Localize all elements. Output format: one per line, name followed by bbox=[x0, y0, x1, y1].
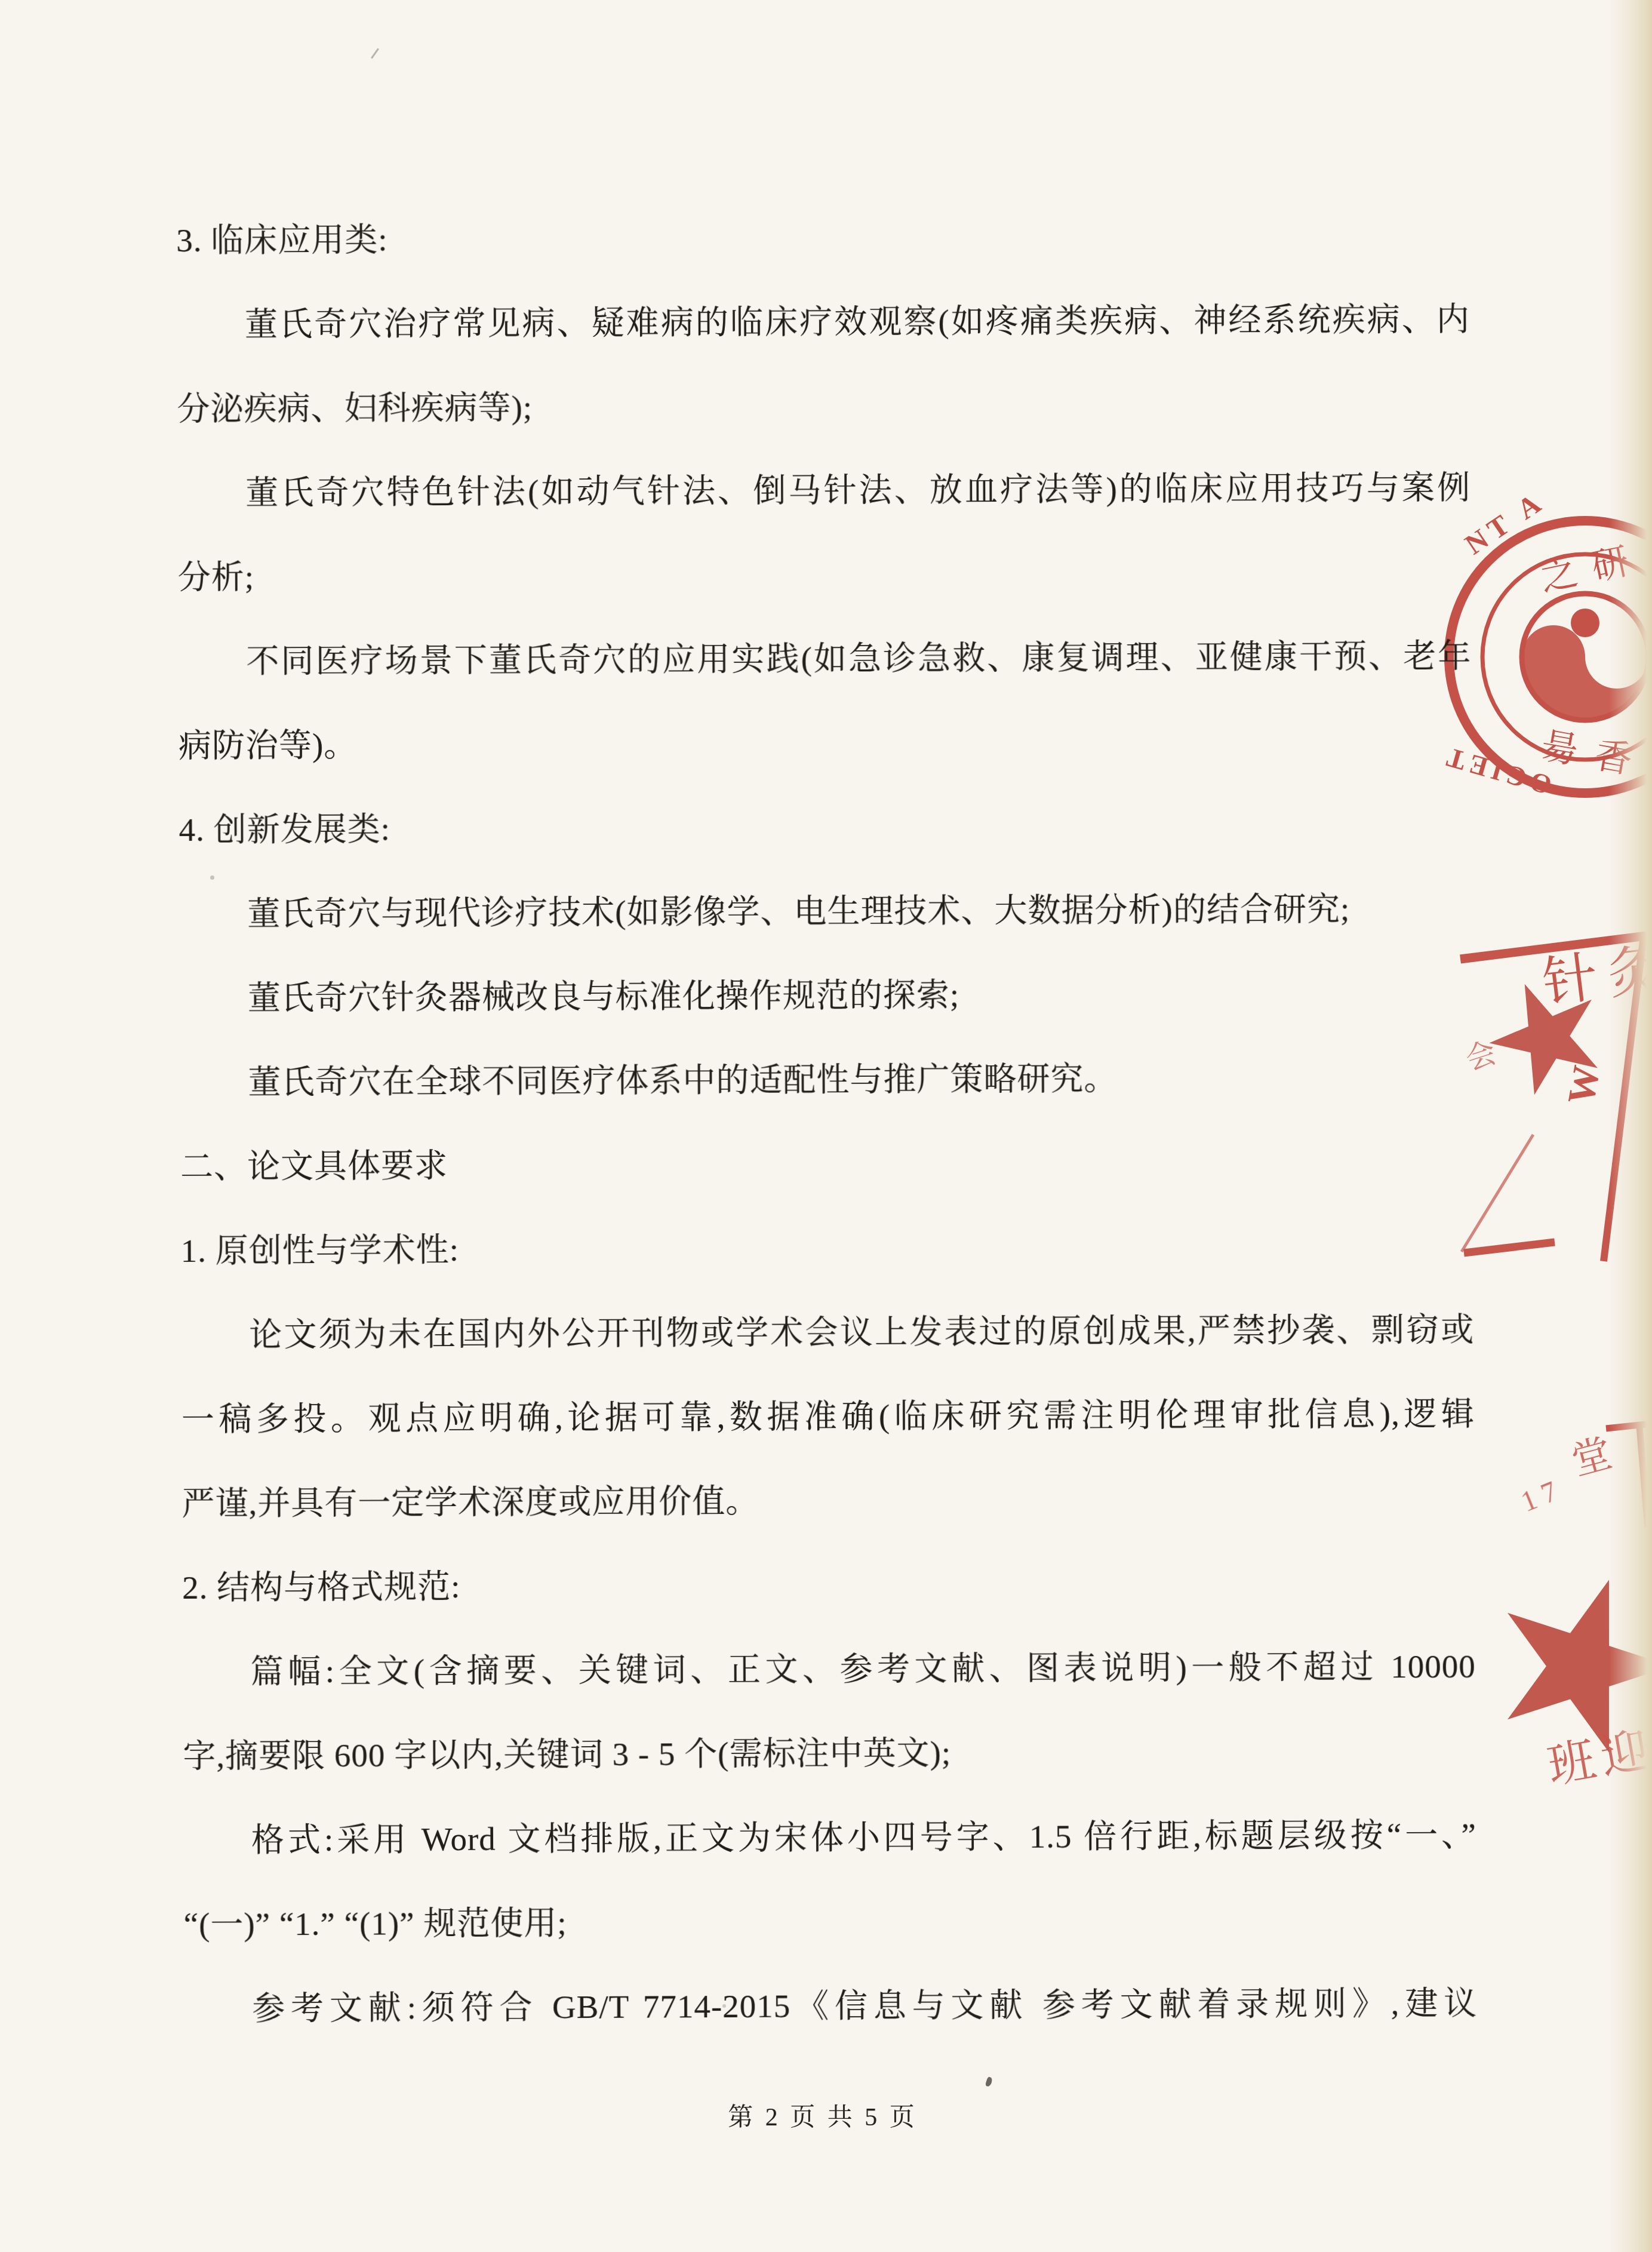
band-stamp-marks: W bbox=[1559, 1062, 1608, 1107]
scanned-document-page: NT A OCIET 之研 昜香 针灸 W 会 堂 1 7 班迎 bbox=[0, 0, 1652, 2252]
doc-line: 篇幅:全文(含摘要、关键词、正文、参考文献、图表说明)一般不超过 10000 bbox=[182, 1624, 1476, 1714]
doc-line: 董氏奇穴针灸器械改良与标准化操作规范的探索; bbox=[180, 951, 1473, 1040]
doc-line: 分析; bbox=[177, 530, 1471, 619]
doc-line: 董氏奇穴治疗常见病、疑难病的临床疗效观察(如疼痛类疾病、神经系统疾病、内 bbox=[177, 277, 1471, 367]
doc-line-heading: 2. 结构与格式规范: bbox=[182, 1540, 1476, 1630]
doc-line: 病防治等)。 bbox=[179, 698, 1472, 788]
scan-speck bbox=[371, 48, 379, 59]
page-edge-shadow bbox=[1609, 0, 1652, 2252]
star-stamp-marks: 1 7 bbox=[1516, 1476, 1561, 1519]
doc-line-heading: 1. 原创性与学术性: bbox=[180, 1203, 1474, 1293]
doc-line: 一稿多投。观点应明确,论据可靠,数据准确(临床研究需注明伦理审批信息),逻辑 bbox=[181, 1372, 1475, 1461]
doc-line: 分泌疾病、妇科疾病等); bbox=[177, 361, 1471, 451]
scan-speck bbox=[985, 2076, 993, 2087]
page-number-footer: 第 2 页 共 5 页 bbox=[176, 2097, 1469, 2133]
doc-line-heading: 3. 临床应用类: bbox=[176, 193, 1470, 282]
document-body: 3. 临床应用类: 董氏奇穴治疗常见病、疑难病的临床疗效观察(如疼痛类疾病、神经… bbox=[176, 193, 1478, 2051]
doc-line: 董氏奇穴特色针法(如动气针法、倒马针法、放血疗法等)的临床应用技巧与案例 bbox=[177, 446, 1471, 535]
doc-line-heading: 二、论文具体要求 bbox=[180, 1119, 1474, 1209]
doc-line: 董氏奇穴在全球不同医疗体系中的适配性与推广策略研究。 bbox=[180, 1035, 1473, 1125]
doc-line: 严谨,并具有一定学术深度或应用价值。 bbox=[181, 1456, 1475, 1546]
doc-line-heading: 4. 创新发展类: bbox=[179, 782, 1472, 872]
doc-line: 不同医疗场景下董氏奇穴的应用实践(如急诊急救、康复调理、亚健康干预、老年 bbox=[178, 614, 1472, 703]
doc-line: “(一)” “1.” “(1)” 规范使用; bbox=[183, 1877, 1477, 1967]
doc-line: 董氏奇穴与现代诊疗技术(如影像学、电生理技术、大数据分析)的结合研究; bbox=[179, 867, 1473, 956]
doc-line: 格式:采用 Word 文档排版,正文为宋体小四号字、1.5 倍行距,标题层级按“… bbox=[183, 1793, 1477, 1882]
doc-line: 参考文献:须符合 GB/T 7714-2015《信息与文献 参考文献着录规则》,… bbox=[184, 1961, 1478, 2051]
doc-line: 字,摘要限 600 字以内,关键词 3 - 5 个(需标注中英文); bbox=[183, 1709, 1476, 1798]
doc-line: 论文须为未在国内外公开刊物或学术会议上发表过的原创成果,严禁抄袭、剽窃或 bbox=[181, 1288, 1475, 1377]
